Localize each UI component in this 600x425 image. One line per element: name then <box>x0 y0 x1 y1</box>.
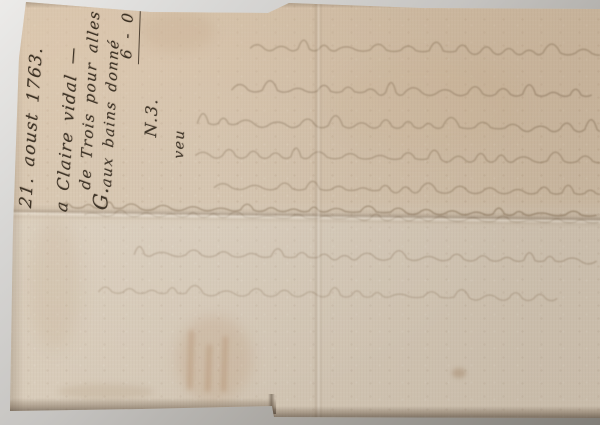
photo-background: 21. aoust 1763. a Claire vidal — de Troi… <box>0 0 600 425</box>
manuscript-paper: 21. aoust 1763. a Claire vidal — de Troi… <box>0 0 600 425</box>
photo-lighting <box>0 0 600 425</box>
